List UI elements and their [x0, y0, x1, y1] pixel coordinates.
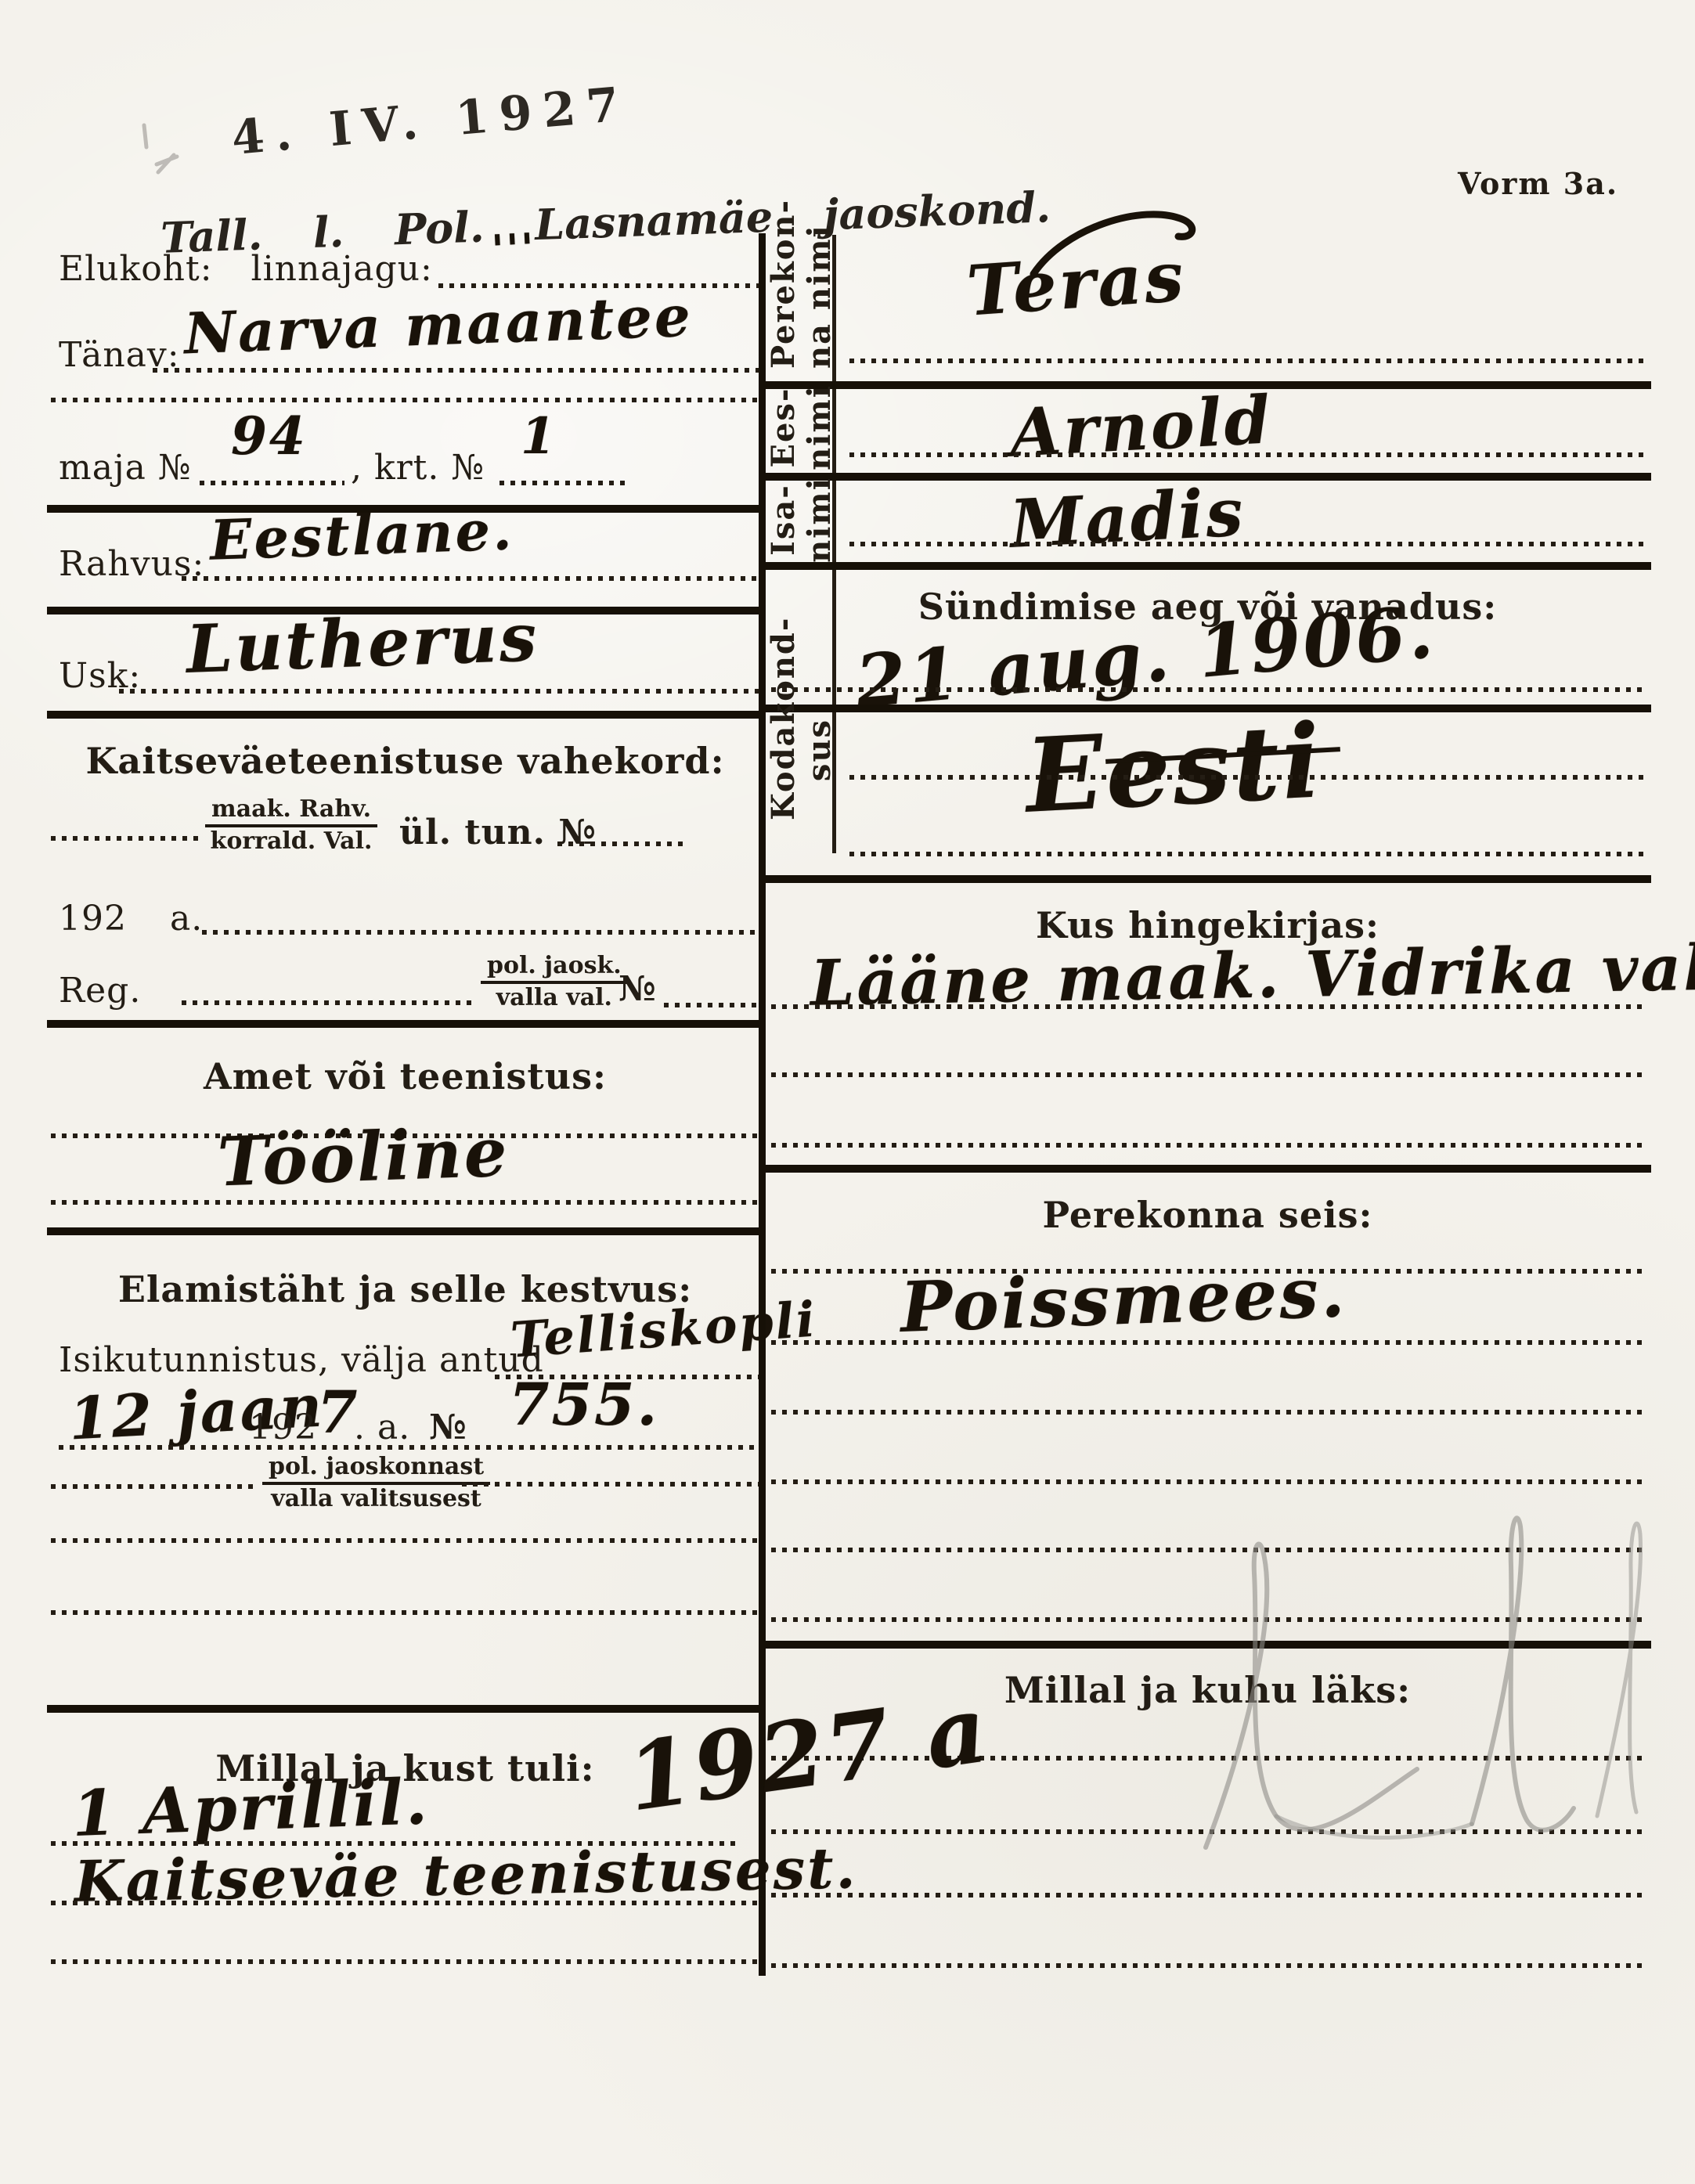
- issuer-dotted-right: [462, 1482, 763, 1487]
- citizenship-dotted-2: [849, 852, 1644, 856]
- reg-dotted-right: [664, 1003, 763, 1007]
- fathername-dotted: [849, 542, 1644, 546]
- issuer-dotted-left: [51, 1484, 256, 1489]
- parish-dotted-1: [771, 1004, 1644, 1009]
- right-rule-5: [759, 875, 1651, 883]
- military-authority-fraction: maak. Rahv. korrald. Val.: [205, 797, 377, 855]
- house-number-dotted: [200, 481, 344, 485]
- firstname-value: Arnold: [1008, 380, 1275, 471]
- religion-dotted: [119, 689, 763, 694]
- residence-label: Elukoht: linnajagu:: [59, 249, 433, 289]
- registration-form-page: 4. IV. 1927 Tall. l. Pol. Lasnamäe jaosk…: [0, 0, 1695, 2184]
- left-rule-5: [47, 1227, 763, 1235]
- pencil-signature-scribble: [1135, 1511, 1683, 1879]
- nationality-value: Eestlane.: [209, 497, 515, 573]
- surname-label-line1: Perekon-: [766, 243, 802, 369]
- id-card-row-dotted: [59, 1445, 763, 1450]
- reg-fraction-top: pol. jaosk.: [481, 953, 628, 984]
- military-certificate-label: ül. tun. №: [399, 813, 597, 852]
- citizenship-value: Eesti: [1022, 701, 1325, 836]
- fathername-value: Madis: [1008, 473, 1247, 563]
- reg-number-sign: №: [618, 969, 657, 1009]
- left-dotted-line-3: [51, 1610, 763, 1615]
- right-rule-6: [759, 1165, 1651, 1173]
- left-rule-3: [47, 711, 763, 719]
- family-status-value: Poissmees.: [899, 1251, 1348, 1348]
- reg-fraction-bottom: valla val.: [481, 984, 628, 1011]
- residence-label-text: Elukoht:: [59, 249, 213, 289]
- family-status-heading: Perekonna seis:: [763, 1194, 1652, 1236]
- left-dotted-line-2: [51, 1538, 763, 1543]
- id-card-year-suffix: . a.: [354, 1407, 410, 1447]
- citizenship-rotated-label: Kodakond- sus: [766, 679, 838, 820]
- arrival-dotted-2: [51, 1901, 763, 1905]
- street-dotted-line: [153, 368, 763, 373]
- house-number-label: maja №: [59, 448, 191, 488]
- surname-flourish: [1018, 196, 1253, 290]
- departure-dotted-4: [771, 1963, 1644, 1968]
- left-bottom-dotted: [51, 1959, 763, 1964]
- citizenship-dotted-1: [849, 775, 1644, 780]
- pencil-corner-marks: [133, 110, 337, 188]
- street-value-handwritten: Narva maantee: [183, 283, 694, 367]
- year-192-label: 192 a.: [59, 899, 203, 939]
- reg-dotted-left: [182, 1000, 471, 1005]
- year-dotted: [202, 930, 763, 935]
- military-service-heading: Kaitseväeteenistuse vahekord:: [47, 740, 763, 782]
- id-card-number-value: 755.: [509, 1371, 659, 1439]
- occupation-dotted-2: [51, 1200, 763, 1205]
- apartment-number-value: 1: [521, 407, 558, 466]
- apartment-number-dotted: [499, 481, 625, 485]
- left-rule-4: [47, 1020, 763, 1028]
- surname-label-line2: na nimi: [802, 243, 838, 369]
- apartment-number-label: , krt. №: [351, 448, 485, 488]
- issuer-fraction-top: pol. jaoskonnast: [262, 1454, 490, 1485]
- military-fraction-top: maak. Rahv.: [205, 797, 377, 827]
- military-dotted-right: [557, 842, 689, 846]
- family-dotted-2: [771, 1340, 1644, 1345]
- family-dotted-4: [771, 1479, 1644, 1484]
- left-rule-6: [47, 1705, 763, 1713]
- citizenship-label-line1: Kodakond-: [766, 679, 802, 820]
- religion-value: Lutherus: [185, 598, 539, 688]
- surname-dotted: [849, 359, 1644, 363]
- reg-label: Reg.: [59, 971, 141, 1011]
- military-fraction-bottom: korrald. Val.: [205, 827, 377, 854]
- occupation-heading: Amet või teenistus:: [47, 1055, 763, 1097]
- departure-dotted-3: [771, 1893, 1644, 1897]
- id-card-number-sign: №: [429, 1407, 467, 1447]
- parish-dotted-2: [771, 1072, 1644, 1077]
- year-print: 192: [59, 899, 127, 939]
- birth-date-dotted: [771, 687, 1644, 692]
- occupation-value: Tööline: [216, 1113, 510, 1202]
- military-dotted-left: [51, 836, 200, 841]
- id-card-year-print: 192: [249, 1407, 317, 1447]
- left-dotted-line-1: [51, 398, 763, 402]
- year-suffix: a.: [170, 899, 203, 939]
- nationality-dotted: [182, 576, 763, 581]
- district-label-text: linnajagu:: [251, 249, 433, 289]
- district-value-handwritten: ''': [490, 225, 537, 275]
- issuer-fraction-bottom: valla valitsusest: [262, 1485, 490, 1512]
- reg-authority-fraction: pol. jaosk. valla val.: [481, 953, 628, 1011]
- parish-dotted-3: [771, 1143, 1644, 1148]
- house-number-value: 94: [231, 405, 308, 467]
- arrival-date-hand: 1 Aprillil.: [70, 1764, 430, 1851]
- citizenship-label-line2: sus: [802, 679, 838, 820]
- arrival-year-hand: 1927 a: [621, 1674, 996, 1832]
- issuer-fraction: pol. jaoskonnast valla valitsusest: [262, 1454, 490, 1512]
- surname-rotated-label: Perekon- na nimi: [766, 243, 838, 369]
- right-rule-3: [759, 562, 1651, 570]
- family-dotted-3: [771, 1410, 1644, 1415]
- firstname-dotted: [849, 452, 1644, 457]
- form-number: Vorm 3a.: [1458, 166, 1618, 201]
